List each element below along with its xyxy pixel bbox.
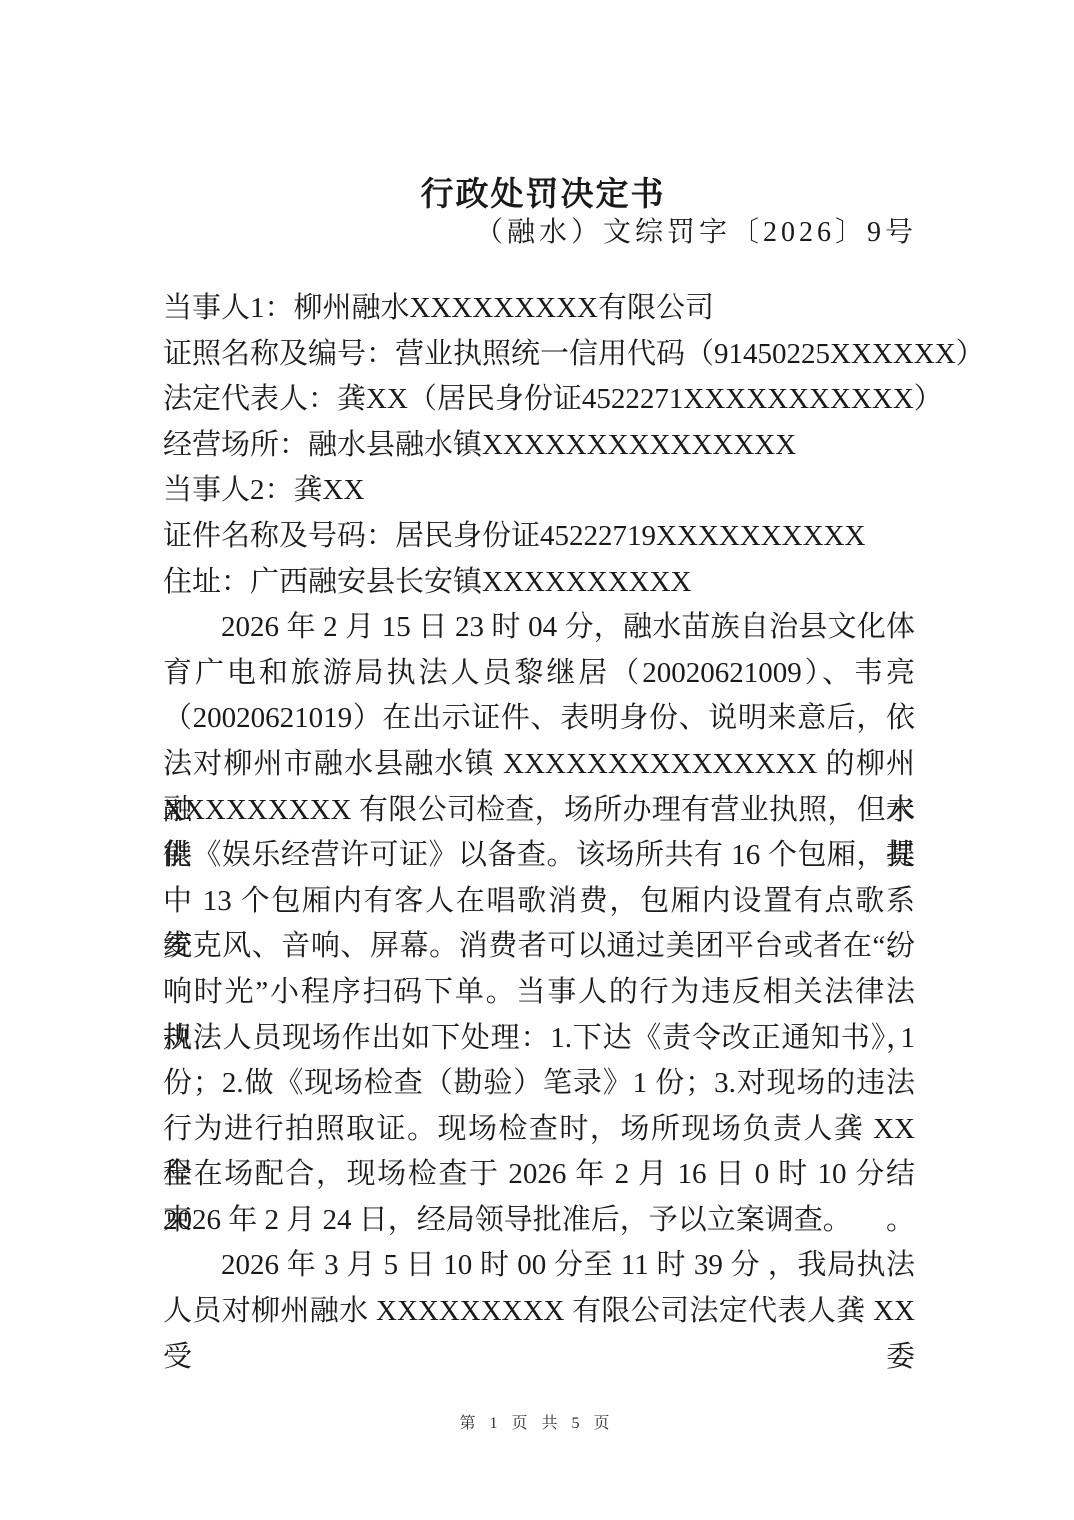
field-value: 龚XX（居民身份证4522271XXXXXXXXXXX） [337, 383, 943, 415]
paragraph-line: 2026 年 2 月 15 日 23 时 04 分，融水苗族自治县文化体 [163, 605, 915, 651]
party-line-3: 法定代表人：龚XX（居民身份证4522271XXXXXXXXXXX） [163, 377, 915, 423]
field-label: 住址： [163, 566, 250, 598]
paragraph-line: 响时光”小程序扫码下单。当事人的行为违反相关法律法规， [163, 970, 915, 1016]
paragraph-line: 中 13 个包厢内有客人在唱歌消费，包厢内设置有点歌系统、 [163, 879, 915, 925]
paragraph-inspection: 2026 年 2 月 15 日 23 时 04 分，融水苗族自治县文化体 育广电… [163, 605, 915, 1243]
paragraph-line: 份；2.做《现场检查（勘验）笔录》1 份；3.对现场的违法 [163, 1061, 915, 1107]
field-value: 融水县融水镇XXXXXXXXXXXXXXX [308, 429, 796, 461]
field-value: 柳州融水XXXXXXXXX有限公司 [294, 292, 715, 324]
field-label: 当事人2： [163, 474, 294, 506]
paragraph-line: 程在场配合，现场检查于 2026 年 2 月 16 日 0 时 10 分结束。 [163, 1152, 915, 1198]
field-label: 法定代表人： [163, 383, 337, 415]
paragraph-line: XXXXXXXXX 有限公司检查，场所办理有营业执照，但未能提 [163, 788, 915, 834]
page-indicator: 第 1 页 共 5 页 [0, 1410, 1074, 1433]
document-body: 当事人1：柳州融水XXXXXXXXX有限公司 证照名称及编号：营业执照统一信用代… [163, 286, 915, 1335]
field-value: 居民身份证45222719XXXXXXXXXX [395, 520, 865, 552]
paragraph-line: （20020621019）在出示证件、表明身份、说明来意后，依 [163, 696, 915, 742]
party-line-7: 住址：广西融安县长安镇XXXXXXXXXX [163, 560, 915, 606]
paragraph-line: 人员对柳州融水 XXXXXXXXX 有限公司法定代表人龚 XX 受委 [163, 1289, 915, 1335]
field-label: 证照名称及编号： [163, 338, 395, 370]
field-label: 证件名称及号码： [163, 520, 395, 552]
document-page: 行政处罚决定书 （融水）文综罚字〔2026〕9号 当事人1：柳州融水XXXXXX… [0, 0, 1074, 1520]
field-value: 营业执照统一信用代码（91450225XXXXXX） [395, 338, 985, 370]
paragraph-line: 2026 年 3 月 5 日 10 时 00 分至 11 时 39 分 ，我局执… [163, 1243, 915, 1289]
paragraph-line: 2026 年 2 月 24 日，经局领导批准后，予以立案调查。 [163, 1198, 915, 1244]
paragraph-line: 供《娱乐经营许可证》以备查。该场所共有 16 个包厢，其 [163, 833, 915, 879]
field-label: 当事人1： [163, 292, 294, 324]
paragraph-line: 行为进行拍照取证。现场检查时，场所现场负责人龚 XX 全 [163, 1107, 915, 1153]
field-label: 经营场所： [163, 429, 308, 461]
party-line-2: 证照名称及编号：营业执照统一信用代码（91450225XXXXXX） [163, 332, 915, 378]
party-line-4: 经营场所：融水县融水镇XXXXXXXXXXXXXXX [163, 423, 915, 469]
party-line-1: 当事人1：柳州融水XXXXXXXXX有限公司 [163, 286, 915, 332]
document-title: 行政处罚决定书 [0, 168, 1074, 215]
paragraph-investigation: 2026 年 3 月 5 日 10 时 00 分至 11 时 39 分 ，我局执… [163, 1243, 915, 1334]
paragraph-line: 执法人员现场作出如下处理：1.下达《责令改正通知书》1 [163, 1016, 915, 1062]
party-line-6: 证件名称及号码：居民身份证45222719XXXXXXXXXX [163, 514, 915, 560]
field-value: 龚XX [294, 474, 365, 506]
paragraph-line: 法对柳州市融水县融水镇 XXXXXXXXXXXXXXX 的柳州融水 [163, 742, 915, 788]
paragraph-line: 育广电和旅游局执法人员黎继居（20020621009）、韦亮 [163, 651, 915, 697]
paragraph-line: 麦克风、音响、屏幕。消费者可以通过美团平台或者在“纷 [163, 924, 915, 970]
document-number: （融水）文综罚字〔2026〕9号 [475, 210, 917, 250]
field-value: 广西融安县长安镇XXXXXXXXXX [250, 566, 691, 598]
party-line-5: 当事人2：龚XX [163, 468, 915, 514]
